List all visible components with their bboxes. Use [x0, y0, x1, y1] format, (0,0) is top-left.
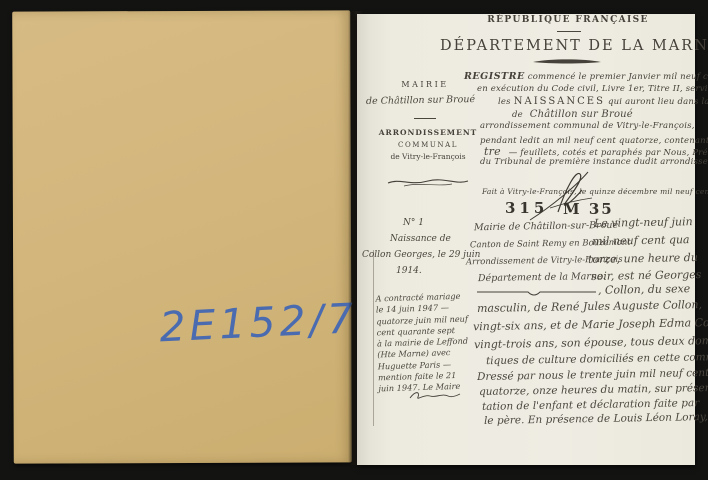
- side-column-dash: [414, 118, 436, 119]
- register-stamp-m-number: M 35: [563, 200, 614, 218]
- register-cover-page: 2E152/7: [12, 10, 352, 463]
- header-flourish: [532, 58, 602, 66]
- act-opening-line: torze, une heure du: [588, 251, 698, 266]
- registre-line-8: du Tribunal de première instance dudit a…: [480, 157, 708, 167]
- registre-line-1: REGISTREcommencé le premier Janvier mil …: [464, 71, 708, 82]
- act-opening-line: Le vingt-neuf juin: [594, 215, 693, 230]
- republique-heading: RÉPUBLIQUE FRANÇAISE: [460, 15, 676, 25]
- blank-filler-line: [476, 288, 598, 298]
- page-fold-line: [373, 250, 374, 426]
- act-place-line: Département de la Marne.: [478, 271, 606, 284]
- marriage-mention-note: A contracté mariage le 14 juin 1947 — qu…: [375, 291, 470, 395]
- header-rule: [557, 31, 581, 32]
- side-column-flourish: [386, 176, 470, 188]
- act-name-date-margin: Collon Georges, le 29 juin: [362, 250, 480, 260]
- departement-heading: DÉPARTEMENT DE LA MARNE ,: [440, 38, 690, 54]
- registre-line-5: arrondissement communal de Vitry-le-Fran…: [480, 121, 695, 131]
- act-body-line: , Collon, du sexe: [598, 282, 690, 297]
- register-scan: 2E152/7 RÉPUBLIQUE FRANÇAISE DÉPARTEMENT…: [0, 0, 708, 480]
- registre-line-3: lesNAISSANCESqui auront lieu dans la com…: [498, 96, 708, 107]
- arrondissement-label: ARRONDISSEMENT: [378, 128, 478, 137]
- act-naissance-margin: Naissance de: [390, 234, 451, 244]
- act-number-margin: N° 1: [403, 218, 424, 228]
- act-opening-line: mil neuf cent qua: [592, 233, 690, 248]
- mairie-label: MAIRIE: [380, 80, 470, 89]
- registre-line-4: de Châtillon sur Broué: [512, 109, 633, 120]
- vitry-label: de Vitry-le-François: [378, 152, 478, 161]
- register-stamp-number: 315: [505, 199, 548, 217]
- commune-handwritten: Châtillon sur Broué: [530, 109, 633, 120]
- registre-line-2: en exécution du Code civil, Livre 1er, T…: [477, 84, 708, 94]
- mayor-signature: [408, 388, 462, 402]
- archive-cote-number: 2E152/7: [158, 294, 358, 351]
- communal-label: COMMUNAL: [378, 141, 478, 149]
- act-year-margin: 1914.: [396, 266, 422, 276]
- registre-word: REGISTRE: [464, 71, 525, 82]
- act-opening-line: soir, est né Georges: [591, 268, 702, 283]
- naissances-word: NAISSANCES: [514, 96, 605, 107]
- mairie-commune-entry: de Châtillon sur Broué: [366, 94, 475, 107]
